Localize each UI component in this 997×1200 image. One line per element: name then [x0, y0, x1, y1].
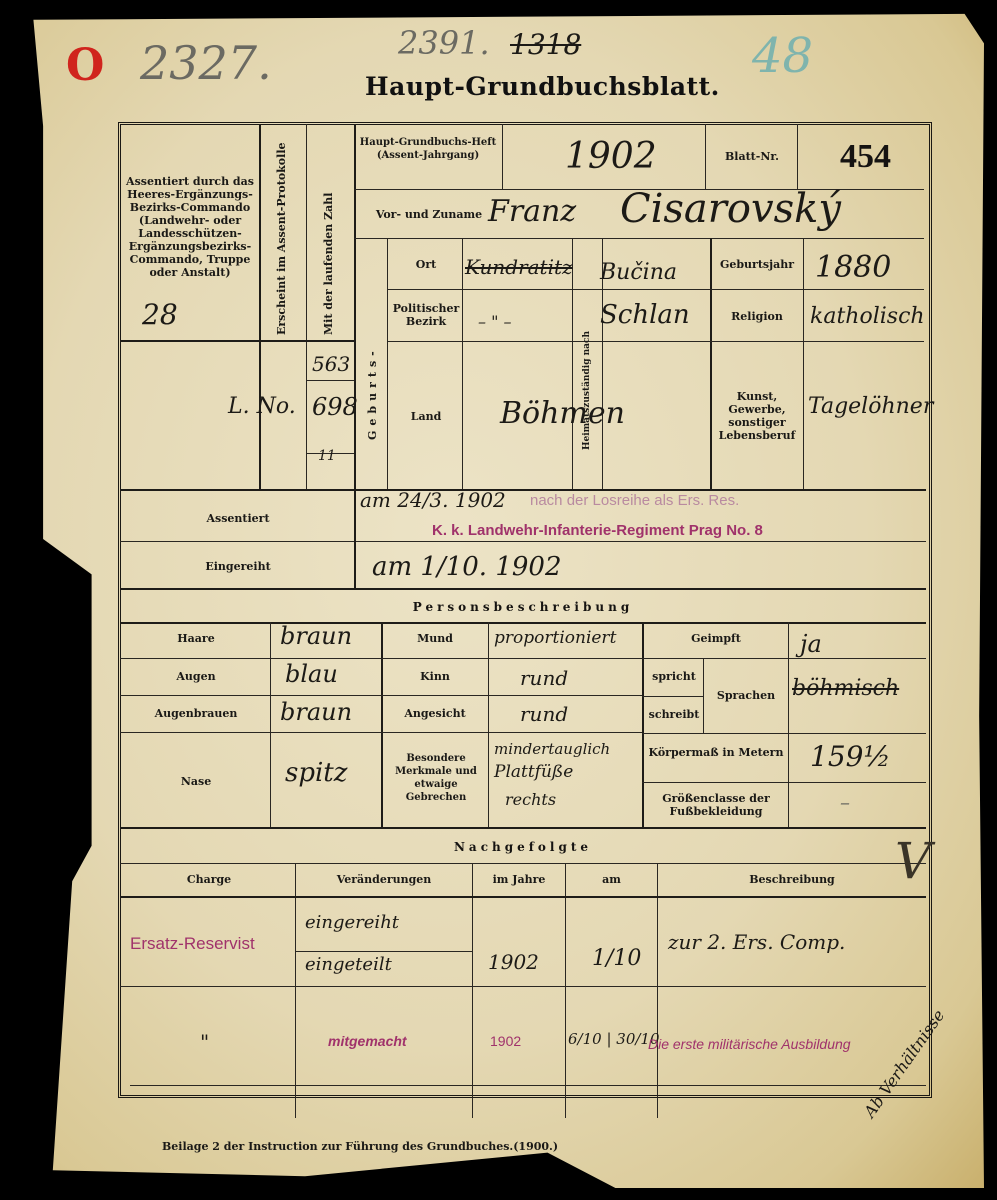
column-header-am: am	[567, 873, 656, 886]
divider	[642, 622, 644, 827]
sprachen-value: böhmisch	[792, 676, 899, 701]
beschreibung-value: Die erste militärische Ausbildung	[648, 1036, 851, 1052]
struck-number: 1318	[510, 28, 581, 61]
divider	[488, 622, 489, 827]
divider	[270, 622, 271, 827]
angesicht-label: Angesicht	[384, 707, 486, 720]
divider	[642, 658, 926, 659]
divider	[120, 588, 926, 590]
blue-pencil-number: 48	[752, 28, 813, 84]
assentiert-durch-value: 28	[142, 298, 178, 331]
beschreibung-value: zur 2. Ers. Comp.	[668, 930, 845, 954]
divider	[472, 863, 473, 1118]
page-title: Haupt-Grundbuchsblatt.	[365, 72, 720, 101]
divider	[120, 658, 642, 659]
column-header-beschreibung: Beschreibung	[659, 873, 925, 886]
augenbrauen-label: Augenbrauen	[124, 707, 268, 720]
religion-label: Religion	[713, 310, 801, 323]
kinn-label: Kinn	[384, 670, 486, 683]
divider	[381, 622, 383, 827]
divider	[120, 622, 926, 624]
divider	[387, 341, 924, 342]
koerpermass-value: 159½	[810, 740, 891, 773]
nase-label: Nase	[124, 775, 268, 788]
augenbrauen-value: braun	[280, 698, 352, 726]
nase-value: spitz	[285, 758, 347, 788]
divider	[797, 124, 798, 189]
stamp-regiment: K. k. Landwehr-Infanterie-Regiment Prag …	[432, 522, 763, 539]
merkmale-value-2: Plattfüße	[494, 762, 573, 782]
laufende-zahl-label: Mit der laufenden Zahl	[322, 190, 335, 335]
laufende-zahl-value-3: 11	[318, 448, 336, 464]
divider	[354, 489, 356, 588]
divider	[306, 380, 354, 381]
geburtsjahr-label: Geburtsjahr	[713, 258, 801, 271]
divider	[120, 340, 355, 342]
blatt-number: 454	[840, 138, 891, 176]
divider	[120, 732, 642, 733]
merkmale-value-3: rechts	[505, 790, 556, 809]
koerpermass-label: Körpermaß in Metern	[645, 746, 787, 759]
divider	[642, 733, 926, 734]
divider	[657, 863, 658, 1118]
assentiert-label: Assentiert	[124, 512, 352, 525]
laufende-zahl-value-2: 698	[312, 393, 358, 421]
handwritten-number-top: 2391.	[398, 24, 490, 62]
personsbeschreibung-title: Personsbeschreibung	[120, 600, 926, 614]
religion-value: katholisch	[810, 304, 925, 329]
divider	[120, 986, 926, 987]
angesicht-value: rund	[520, 702, 568, 726]
eingereiht-label: Eingereiht	[124, 560, 352, 573]
divider	[120, 541, 926, 542]
geburts-label: Geburts-	[366, 320, 379, 440]
column-header-jahr: im Jahre	[474, 873, 564, 886]
am-value: 1/10	[592, 946, 641, 971]
red-circle-mark: O	[66, 40, 104, 91]
ort-label: Ort	[390, 258, 462, 271]
charge-value: "	[200, 1030, 209, 1054]
footer-text: Beilage 2 der Instruction zur Führung de…	[162, 1140, 558, 1153]
haare-value: braun	[280, 622, 352, 650]
haare-label: Haare	[124, 632, 268, 645]
bezirk-heimat-value: Schlan	[600, 300, 690, 330]
merkmale-label: Besondere Merkmale und etwaige Gebrechen	[384, 752, 488, 804]
divider	[354, 238, 924, 239]
handwritten-number-left: 2327.	[140, 36, 272, 90]
erscheint-value: L. No.	[228, 394, 296, 419]
divider	[387, 238, 388, 489]
kinn-value: rund	[520, 666, 568, 690]
first-name-value: Franz	[488, 194, 576, 229]
name-label: Vor- und Zuname	[364, 208, 494, 221]
heft-value: 1902	[565, 136, 657, 177]
augen-label: Augen	[124, 670, 268, 683]
beruf-label: Kunst, Gewerbe, sonstiger Lebensberuf	[713, 390, 801, 442]
spricht-label: spricht	[645, 670, 703, 683]
divider	[295, 863, 296, 1118]
column-header-charge: Charge	[124, 873, 294, 886]
jahr-value: 1902	[488, 950, 539, 974]
beruf-value: Tagelöhner	[808, 394, 933, 419]
divider	[120, 489, 926, 491]
eingereiht-value: am 1/10. 1902	[372, 552, 562, 582]
stamp-losreihe: nach der Losreihe als Ers. Res.	[530, 492, 739, 509]
sprachen-label: Sprachen	[705, 689, 787, 702]
divider	[120, 896, 926, 898]
fuss-label: Größenclasse der Fußbekleidung	[645, 792, 787, 818]
augen-value: blau	[285, 660, 338, 688]
veraenderung-value-1: mitgemacht	[328, 1033, 407, 1049]
schreibt-label: schreibt	[645, 708, 703, 721]
land-value: Böhmen	[500, 396, 625, 431]
bezirk-value: – " –	[478, 312, 512, 331]
land-label: Land	[390, 410, 462, 423]
jahr-value: 1902	[490, 1033, 521, 1049]
heft-label: Haupt-Grundbuchs-Heft (Assent-Jahrgang)	[358, 136, 498, 162]
divider	[502, 124, 503, 189]
divider	[803, 238, 804, 489]
column-header-veraenderungen: Veränderungen	[297, 873, 471, 886]
divider	[642, 696, 704, 697]
divider	[387, 289, 924, 290]
erscheint-label: Erscheint im Assent-Protokolle	[275, 150, 288, 335]
divider	[120, 863, 926, 864]
divider	[130, 1085, 926, 1086]
divider	[259, 124, 261, 489]
assentiert-value: am 24/3. 1902	[360, 488, 506, 512]
divider	[565, 863, 566, 1118]
divider	[788, 622, 789, 827]
mund-label: Mund	[384, 632, 486, 645]
divider	[306, 124, 307, 489]
divider	[462, 238, 463, 489]
ort-value: Kundratitz	[465, 255, 573, 279]
blatt-label: Blatt-Nr.	[708, 150, 796, 163]
ort-heimat-value: Bučina	[600, 260, 677, 285]
geimpft-label: Geimpft	[645, 632, 787, 645]
charge-value: Ersatz-Reservist	[130, 934, 255, 954]
divider	[642, 782, 926, 783]
geburtsjahr-value: 1880	[815, 250, 891, 285]
divider	[120, 827, 926, 829]
fuss-value: –	[840, 790, 850, 814]
divider	[705, 124, 706, 189]
divider	[710, 238, 712, 489]
veraenderung-value-1: eingereiht	[305, 912, 399, 933]
divider	[354, 124, 356, 489]
merkmale-value-1: mindertauglich	[494, 740, 610, 758]
geimpft-value: ja	[800, 630, 822, 658]
divider	[120, 695, 642, 696]
bezirk-label: Politischer Bezirk	[390, 302, 462, 328]
mund-value: proportioniert	[494, 628, 616, 648]
assentiert-durch-label: Assentiert durch das Heeres-Ergänzungs-B…	[124, 175, 256, 279]
margin-check-mark: V	[895, 832, 931, 890]
divider	[295, 951, 472, 952]
am-value: 6/10 | 30/10	[568, 1030, 660, 1048]
veraenderung-value-2: eingeteilt	[305, 954, 392, 975]
nachgefolgte-title: Nachgefolgte	[120, 840, 926, 854]
last-name-value: Cisarovský	[620, 186, 841, 232]
laufende-zahl-value-1: 563	[312, 352, 350, 376]
